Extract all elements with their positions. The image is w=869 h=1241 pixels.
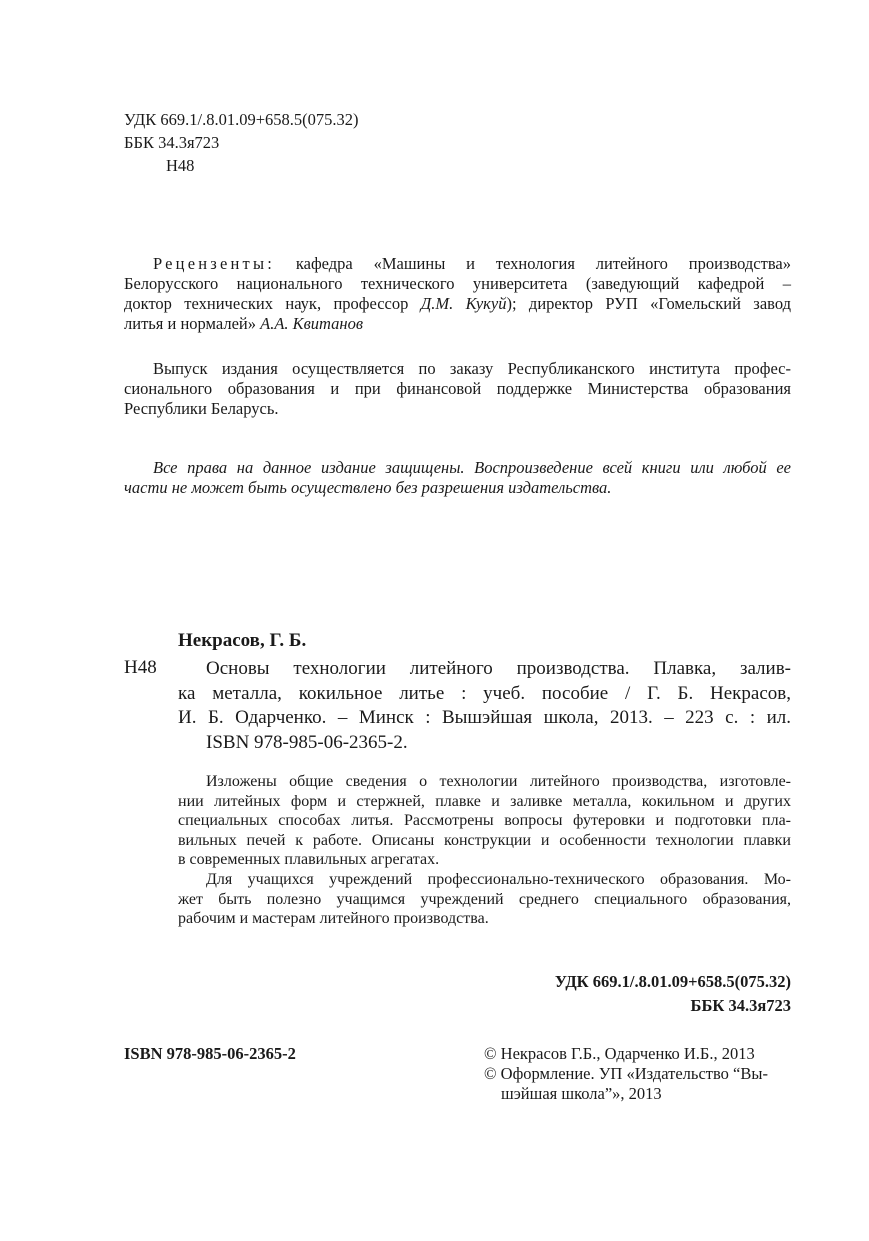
- abstract: Изложены общие сведения о технологии лит…: [178, 772, 791, 929]
- card-isbn: ISBN 978-985-06-2365-2.: [178, 731, 791, 756]
- footer-classification-codes: УДК 669.1/.8.01.09+658.5(075.32) ББК 34.…: [555, 970, 791, 1018]
- classification-codes: УДК 669.1/.8.01.09+658.5(075.32) ББК 34.…: [124, 108, 359, 177]
- bibliographic-description: Основы технологии литейного производства…: [178, 657, 791, 755]
- reviewers-paragraph: Рецензенты: кафедра «Машины и технология…: [124, 254, 791, 334]
- reviewer-name: Д.М. Кукуй: [421, 294, 507, 313]
- rights-notice: Все права на данное издание защищены. Во…: [124, 458, 791, 498]
- footer-isbn: ISBN 978-985-06-2365-2: [124, 1044, 296, 1064]
- reviewer-name: А.А. Квитанов: [260, 314, 363, 333]
- reviewers-line: Рецензенты: кафедра «Машины и технология…: [124, 254, 791, 274]
- footer-bbk: ББК 34.3я723: [555, 994, 791, 1018]
- publication-note: Выпуск издания осуществляется по заказу …: [124, 359, 791, 419]
- reviewers-line: литья и нормалей» А.А. Квитанов: [124, 314, 791, 334]
- copyright-authors: © Некрасов Г.Б., Одарченко И.Б., 2013: [484, 1044, 794, 1064]
- reviewers-line: Белорусского национального технического …: [124, 274, 791, 294]
- reviewers-line: доктор технических наук, профессор Д.М. …: [124, 294, 791, 314]
- author-mark: Н48: [124, 154, 359, 177]
- copyright-design-cont: шэйшая школа”», 2013: [484, 1084, 794, 1104]
- card-code: Н48: [124, 657, 157, 679]
- reviewers-label: Рецензенты:: [153, 254, 275, 273]
- bbk-code: ББК 34.3я723: [124, 131, 359, 154]
- udk-code: УДК 669.1/.8.01.09+658.5(075.32): [124, 108, 359, 131]
- copyright-block: © Некрасов Г.Б., Одарченко И.Б., 2013 © …: [484, 1044, 794, 1104]
- card-author: Некрасов, Г. Б.: [178, 630, 306, 652]
- copyright-design: © Оформление. УП «Издательство “Вы-: [484, 1064, 794, 1084]
- footer-udk: УДК 669.1/.8.01.09+658.5(075.32): [555, 970, 791, 994]
